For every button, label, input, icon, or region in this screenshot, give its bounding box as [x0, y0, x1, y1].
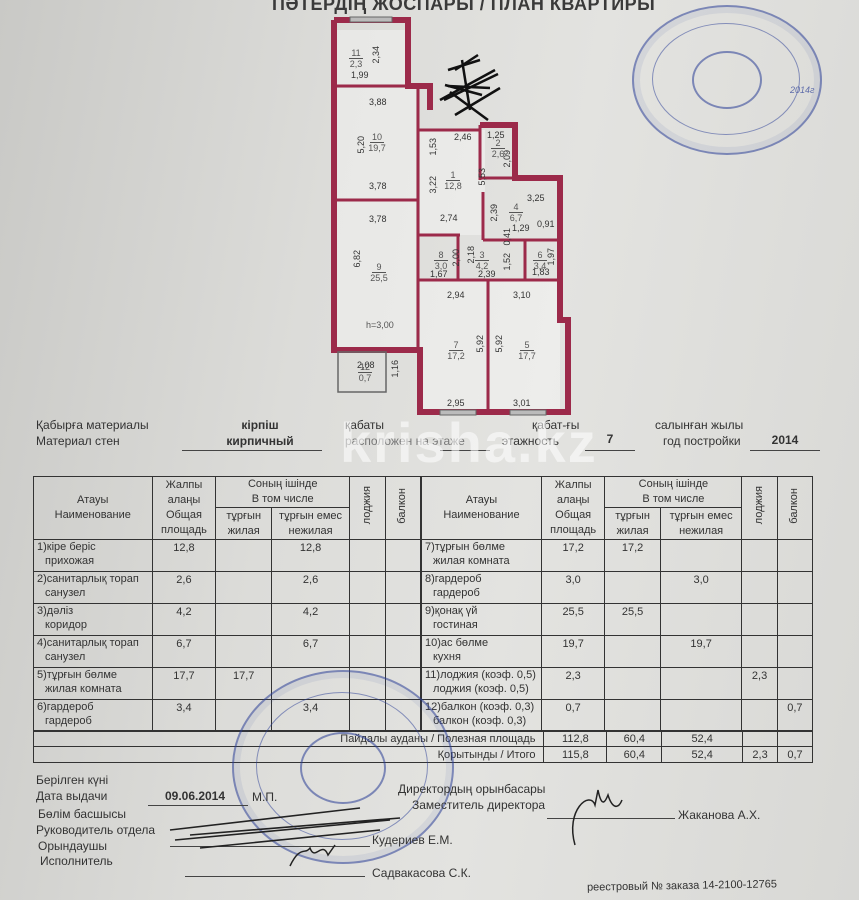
document-page: ПӘТЕРДІҢ ЖОСПАРЫ / ПЛАН КВАРТИРЫ	[0, 0, 859, 900]
signatures	[0, 0, 859, 900]
